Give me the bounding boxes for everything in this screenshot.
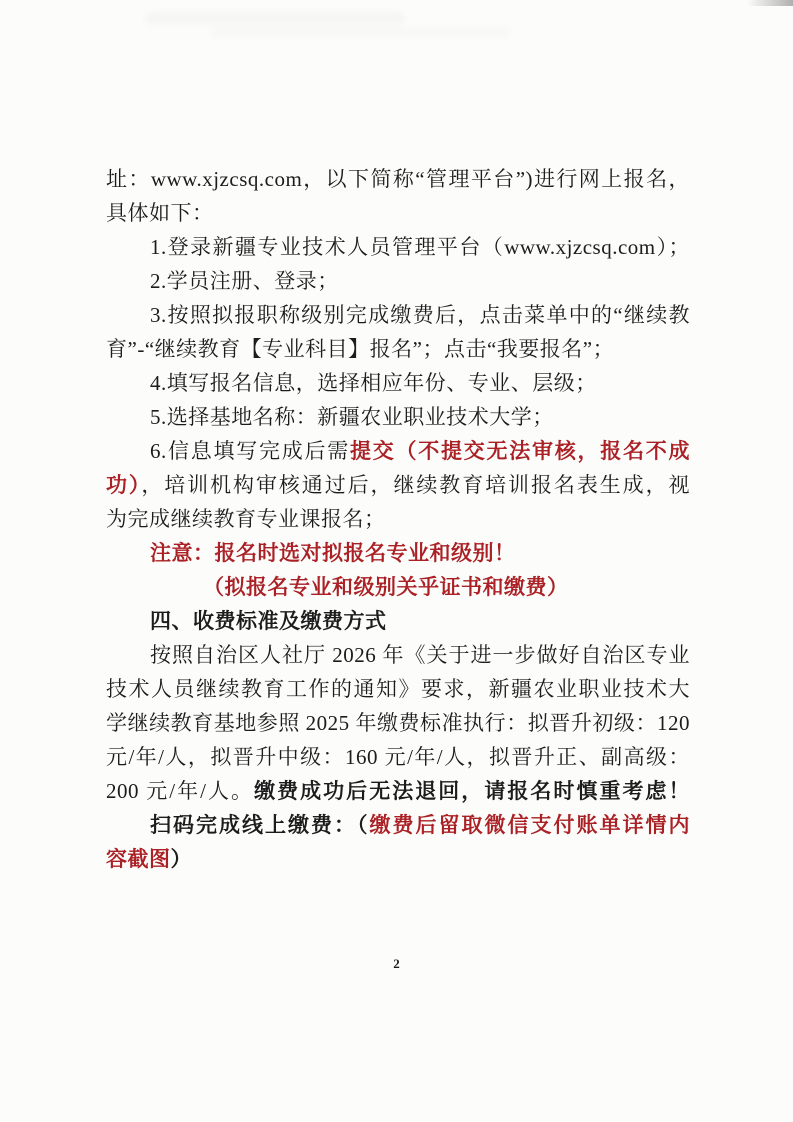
text-segment: 缴费后留取微信支付账单详情内 — [370, 814, 691, 837]
text-segment: 具体如下： — [106, 201, 214, 225]
text-segment: 5.选择基地名称：新疆农业职业技术大学； — [150, 405, 554, 429]
text-segment: ） — [171, 848, 193, 871]
text-line: 技术人员继续教育工作的通知》要求，新疆农业职业技术大 — [106, 672, 690, 706]
text-line: （拟报名专业和级别关乎证书和缴费） — [106, 570, 690, 604]
text-segment: 容截图 — [106, 848, 171, 871]
text-segment: 提交（不提交无法审核，报名不成 — [350, 439, 690, 463]
text-segment: 6.信息填写完成后需 — [150, 439, 350, 463]
text-segment: 注意：报名时选对拟报名专业和级别！ — [150, 542, 516, 565]
text-line: 2.学员注册、登录； — [106, 264, 690, 298]
text-segment: 4.填写报名信息，选择相应年份、专业、层级； — [150, 371, 597, 395]
text-segment: 四、收费标准及缴费方式 — [150, 610, 387, 633]
text-line: 具体如下： — [106, 196, 690, 230]
scan-artifact — [210, 28, 510, 37]
text-line: 容截图） — [106, 842, 690, 876]
text-line: 扫码完成线上缴费：（缴费后留取微信支付账单详情内 — [106, 808, 690, 842]
text-line: 元/年/人，拟晋升中级：160 元/年/人，拟晋升正、副高级： — [106, 740, 690, 774]
text-line: 学继续教育基地参照 2025 年缴费标准执行：拟晋升初级：120 — [106, 706, 690, 740]
text-line: 功），培训机构审核通过后，继续教育培训报名表生成，视 — [106, 468, 690, 502]
page-number: 2 — [0, 956, 793, 972]
text-segment: ，培训机构审核通过后，继续教育培训报名表生成，视 — [141, 473, 690, 497]
text-line: 6.信息填写完成后需提交（不提交无法审核，报名不成 — [106, 434, 690, 468]
text-line: 为完成继续教育专业课报名； — [106, 502, 690, 536]
text-segment: 缴费成功后无法退回，请报名时慎重考虑！ — [254, 779, 690, 803]
text-segment: 技术人员继续教育工作的通知》要求，新疆农业职业技术大 — [106, 677, 690, 701]
scan-corner-artifact — [747, 0, 793, 6]
text-line: 200 元/年/人。缴费成功后无法退回，请报名时慎重考虑！ — [106, 774, 690, 808]
text-segment: 功） — [106, 473, 141, 497]
document-body: 址：www.xjzcsq.com，以下简称“管理平台”)进行网上报名，具体如下：… — [106, 162, 690, 876]
text-segment: 元/年/人，拟晋升中级：160 元/年/人，拟晋升正、副高级： — [106, 745, 690, 769]
text-segment: 3.按照拟报职称级别完成缴费后，点击菜单中的“继续教 — [150, 303, 690, 327]
text-line: 1.登录新疆专业技术人员管理平台（www.xjzcsq.com）； — [106, 230, 690, 264]
text-line: 四、收费标准及缴费方式 — [106, 604, 690, 638]
text-line: 育”-“继续教育【专业科目】报名”；点击“我要报名”； — [106, 332, 690, 366]
text-line: 3.按照拟报职称级别完成缴费后，点击菜单中的“继续教 — [106, 298, 690, 332]
text-segment: （拟报名专业和级别关乎证书和缴费） — [203, 576, 569, 599]
text-segment: 1.登录新疆专业技术人员管理平台（www.xjzcsq.com）； — [150, 235, 690, 259]
document-page: 址：www.xjzcsq.com，以下简称“管理平台”)进行网上报名，具体如下：… — [0, 0, 793, 1122]
text-segment: 址：www.xjzcsq.com，以下简称“管理平台”)进行网上报名， — [106, 167, 690, 191]
text-segment: 学继续教育基地参照 2025 年缴费标准执行：拟晋升初级：120 — [106, 711, 690, 735]
text-segment: 200 元/年/人。 — [106, 779, 254, 803]
scan-artifact — [145, 12, 405, 25]
text-line: 注意：报名时选对拟报名专业和级别！ — [106, 536, 690, 570]
text-segment: 为完成继续教育专业课报名； — [106, 507, 386, 531]
text-line: 5.选择基地名称：新疆农业职业技术大学； — [106, 400, 690, 434]
text-line: 按照自治区人社厅 2026 年《关于进一步做好自治区专业 — [106, 638, 690, 672]
text-segment: 扫码完成线上缴费：（ — [150, 814, 370, 837]
text-line: 4.填写报名信息，选择相应年份、专业、层级； — [106, 366, 690, 400]
text-segment: 2.学员注册、登录； — [150, 269, 339, 293]
text-segment: 按照自治区人社厅 2026 年《关于进一步做好自治区专业 — [150, 643, 690, 667]
text-line: 址：www.xjzcsq.com，以下简称“管理平台”)进行网上报名， — [106, 162, 690, 196]
text-segment: 育”-“继续教育【专业科目】报名”；点击“我要报名”； — [106, 337, 614, 361]
